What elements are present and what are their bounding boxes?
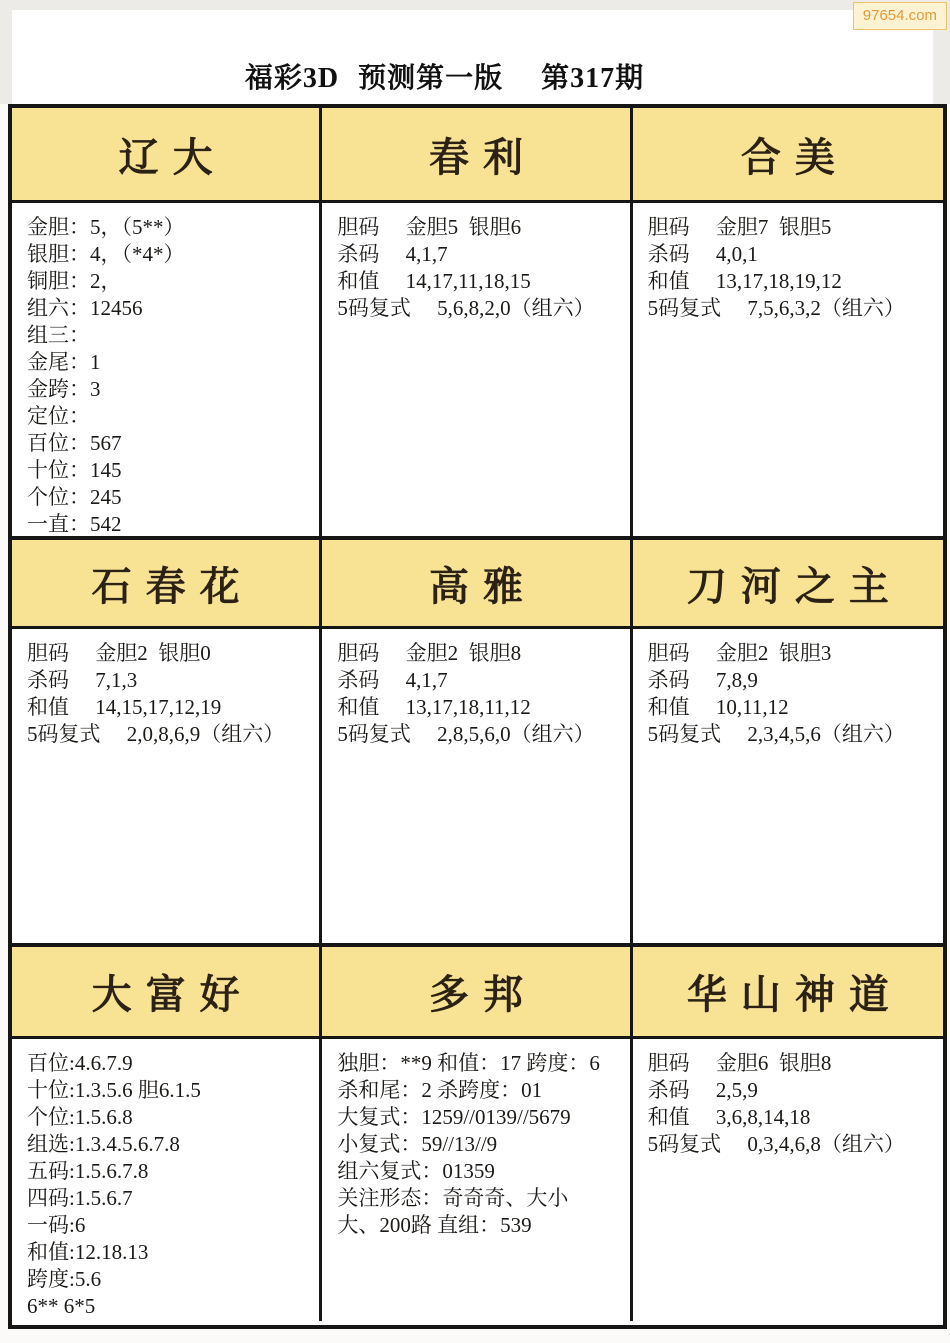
- site-watermark: 97654.com: [853, 2, 947, 30]
- prediction-line: 一码:6: [27, 1212, 303, 1239]
- prediction-line: 和值 10,11,12: [648, 694, 927, 721]
- prediction-line: 十位：145: [27, 457, 303, 484]
- prediction-line: 胆码 金胆2 银胆0: [27, 640, 303, 667]
- prediction-line: 组六：12456: [27, 295, 303, 322]
- card-body-r1-c2: 胆码 金胆5 银胆6杀码 4,1,7和值 14,17,11,18,155码复式 …: [322, 203, 632, 540]
- prediction-line: 小复式：59//13//9: [337, 1131, 613, 1158]
- card-body-r2-c1: 胆码 金胆2 银胆0杀码 7,1,3和值 14,15,17,12,195码复式 …: [12, 629, 322, 947]
- prediction-grid: 辽大春利合美金胆：5，（5**）银胆：4，（*4*）铜胆：2，组六：12456组…: [8, 104, 947, 1329]
- prediction-line: 个位：245: [27, 484, 303, 511]
- card-body-r2-c3: 胆码 金胆2 银胆3杀码 7,8,9和值 10,11,125码复式 2,3,4,…: [633, 629, 943, 947]
- prediction-line: 组三：: [27, 322, 303, 349]
- prediction-line: 胆码 金胆7 银胆5: [648, 214, 927, 241]
- title-bar: 福彩3D 预测第一版 第317期: [12, 10, 933, 104]
- prediction-line: 百位：567: [27, 430, 303, 457]
- prediction-line: 定位：: [27, 403, 303, 430]
- prediction-line: 6** 6*5: [27, 1293, 303, 1320]
- card-header-r3-c3: 华山神道: [633, 947, 943, 1039]
- card-header-r1-c3: 合美: [633, 108, 943, 203]
- card-body-r1-c3: 胆码 金胆7 银胆5杀码 4,0,1和值 13,17,18,19,125码复式 …: [633, 203, 943, 540]
- prediction-line: 和值 3,6,8,14,18: [648, 1104, 927, 1131]
- prediction-line: 杀码 7,8,9: [648, 667, 927, 694]
- prediction-line: 金尾：1: [27, 349, 303, 376]
- prediction-line: 和值 14,15,17,12,19: [27, 694, 303, 721]
- prediction-line: 铜胆：2，: [27, 268, 303, 295]
- prediction-line: 百位:4.6.7.9: [27, 1050, 303, 1077]
- card-body-r3-c3: 胆码 金胆6 银胆8杀码 2,5,9和值 3,6,8,14,185码复式 0,3…: [633, 1039, 943, 1321]
- prediction-line: 关注形态：奇奇奇、大小: [337, 1185, 613, 1212]
- prediction-line: 杀码 4,0,1: [648, 241, 927, 268]
- prediction-line: 大复式：1259//0139//5679: [337, 1104, 613, 1131]
- prediction-line: 独胆：**9 和值：17 跨度：6: [337, 1050, 613, 1077]
- card-body-r2-c2: 胆码 金胆2 银胆8杀码 4,1,7和值 13,17,18,11,125码复式 …: [322, 629, 632, 947]
- prediction-line: 大、200路 直组：539: [337, 1212, 613, 1239]
- card-body-r3-c1: 百位:4.6.7.9十位:1.3.5.6 胆6.1.5个位:1.5.6.8组选:…: [12, 1039, 322, 1321]
- prediction-line: 和值:12.18.13: [27, 1239, 303, 1266]
- prediction-line: 杀码 4,1,7: [337, 667, 613, 694]
- prediction-line: 5码复式 2,8,5,6,0（组六）: [337, 721, 613, 748]
- prediction-line: 和值 13,17,18,19,12: [648, 268, 927, 295]
- prediction-line: 和值 14,17,11,18,15: [337, 268, 613, 295]
- prediction-line: 和值 13,17,18,11,12: [337, 694, 613, 721]
- prediction-line: 杀码 4,1,7: [337, 241, 613, 268]
- prediction-line: 5码复式 5,6,8,2,0（组六）: [337, 295, 613, 322]
- prediction-line: 胆码 金胆6 银胆8: [648, 1050, 927, 1077]
- prediction-line: 胆码 金胆5 银胆6: [337, 214, 613, 241]
- prediction-line: 组选:1.3.4.5.6.7.8: [27, 1131, 303, 1158]
- card-header-r2-c1: 石春花: [12, 540, 322, 629]
- prediction-line: 胆码 金胆2 银胆8: [337, 640, 613, 667]
- prediction-line: 五码:1.5.6.7.8: [27, 1158, 303, 1185]
- card-header-r1-c2: 春利: [322, 108, 632, 203]
- card-header-r1-c1: 辽大: [12, 108, 322, 203]
- card-header-r3-c2: 多邦: [322, 947, 632, 1039]
- prediction-line: 杀码 7,1,3: [27, 667, 303, 694]
- card-header-r2-c2: 高雅: [322, 540, 632, 629]
- title-edition: 预测第一版: [358, 56, 503, 96]
- prediction-line: 银胆：4，（*4*）: [27, 241, 303, 268]
- prediction-line: 金胆：5，（5**）: [27, 214, 303, 241]
- prediction-line: 跨度:5.6: [27, 1266, 303, 1293]
- prediction-line: 四码:1.5.6.7: [27, 1185, 303, 1212]
- card-body-r1-c1: 金胆：5，（5**）银胆：4，（*4*）铜胆：2，组六：12456组三：金尾：1…: [12, 203, 322, 540]
- prediction-line: 组六复式：01359: [337, 1158, 613, 1185]
- prediction-line: 十位:1.3.5.6 胆6.1.5: [27, 1077, 303, 1104]
- prediction-line: 一直：542: [27, 511, 303, 538]
- card-body-r3-c2: 独胆：**9 和值：17 跨度：6杀和尾：2 杀跨度：01大复式：1259//0…: [322, 1039, 632, 1321]
- title-issue: 第317期: [541, 56, 644, 96]
- prediction-line: 杀和尾：2 杀跨度：01: [337, 1077, 613, 1104]
- title-brand: 福彩3D: [245, 56, 339, 96]
- prediction-line: 5码复式 2,0,8,6,9（组六）: [27, 721, 303, 748]
- prediction-line: 杀码 2,5,9: [648, 1077, 927, 1104]
- prediction-line: 金跨：3: [27, 376, 303, 403]
- prediction-line: 胆码 金胆2 银胆3: [648, 640, 927, 667]
- page-title: 福彩3D 预测第一版 第317期: [245, 56, 644, 96]
- prediction-line: 5码复式 2,3,4,5,6（组六）: [648, 721, 927, 748]
- card-header-r3-c1: 大富好: [12, 947, 322, 1039]
- prediction-line: 5码复式 0,3,4,6,8（组六）: [648, 1131, 927, 1158]
- prediction-line: 5码复式 7,5,6,3,2（组六）: [648, 295, 927, 322]
- prediction-line: 个位:1.5.6.8: [27, 1104, 303, 1131]
- card-header-r2-c3: 刀河之主: [633, 540, 943, 629]
